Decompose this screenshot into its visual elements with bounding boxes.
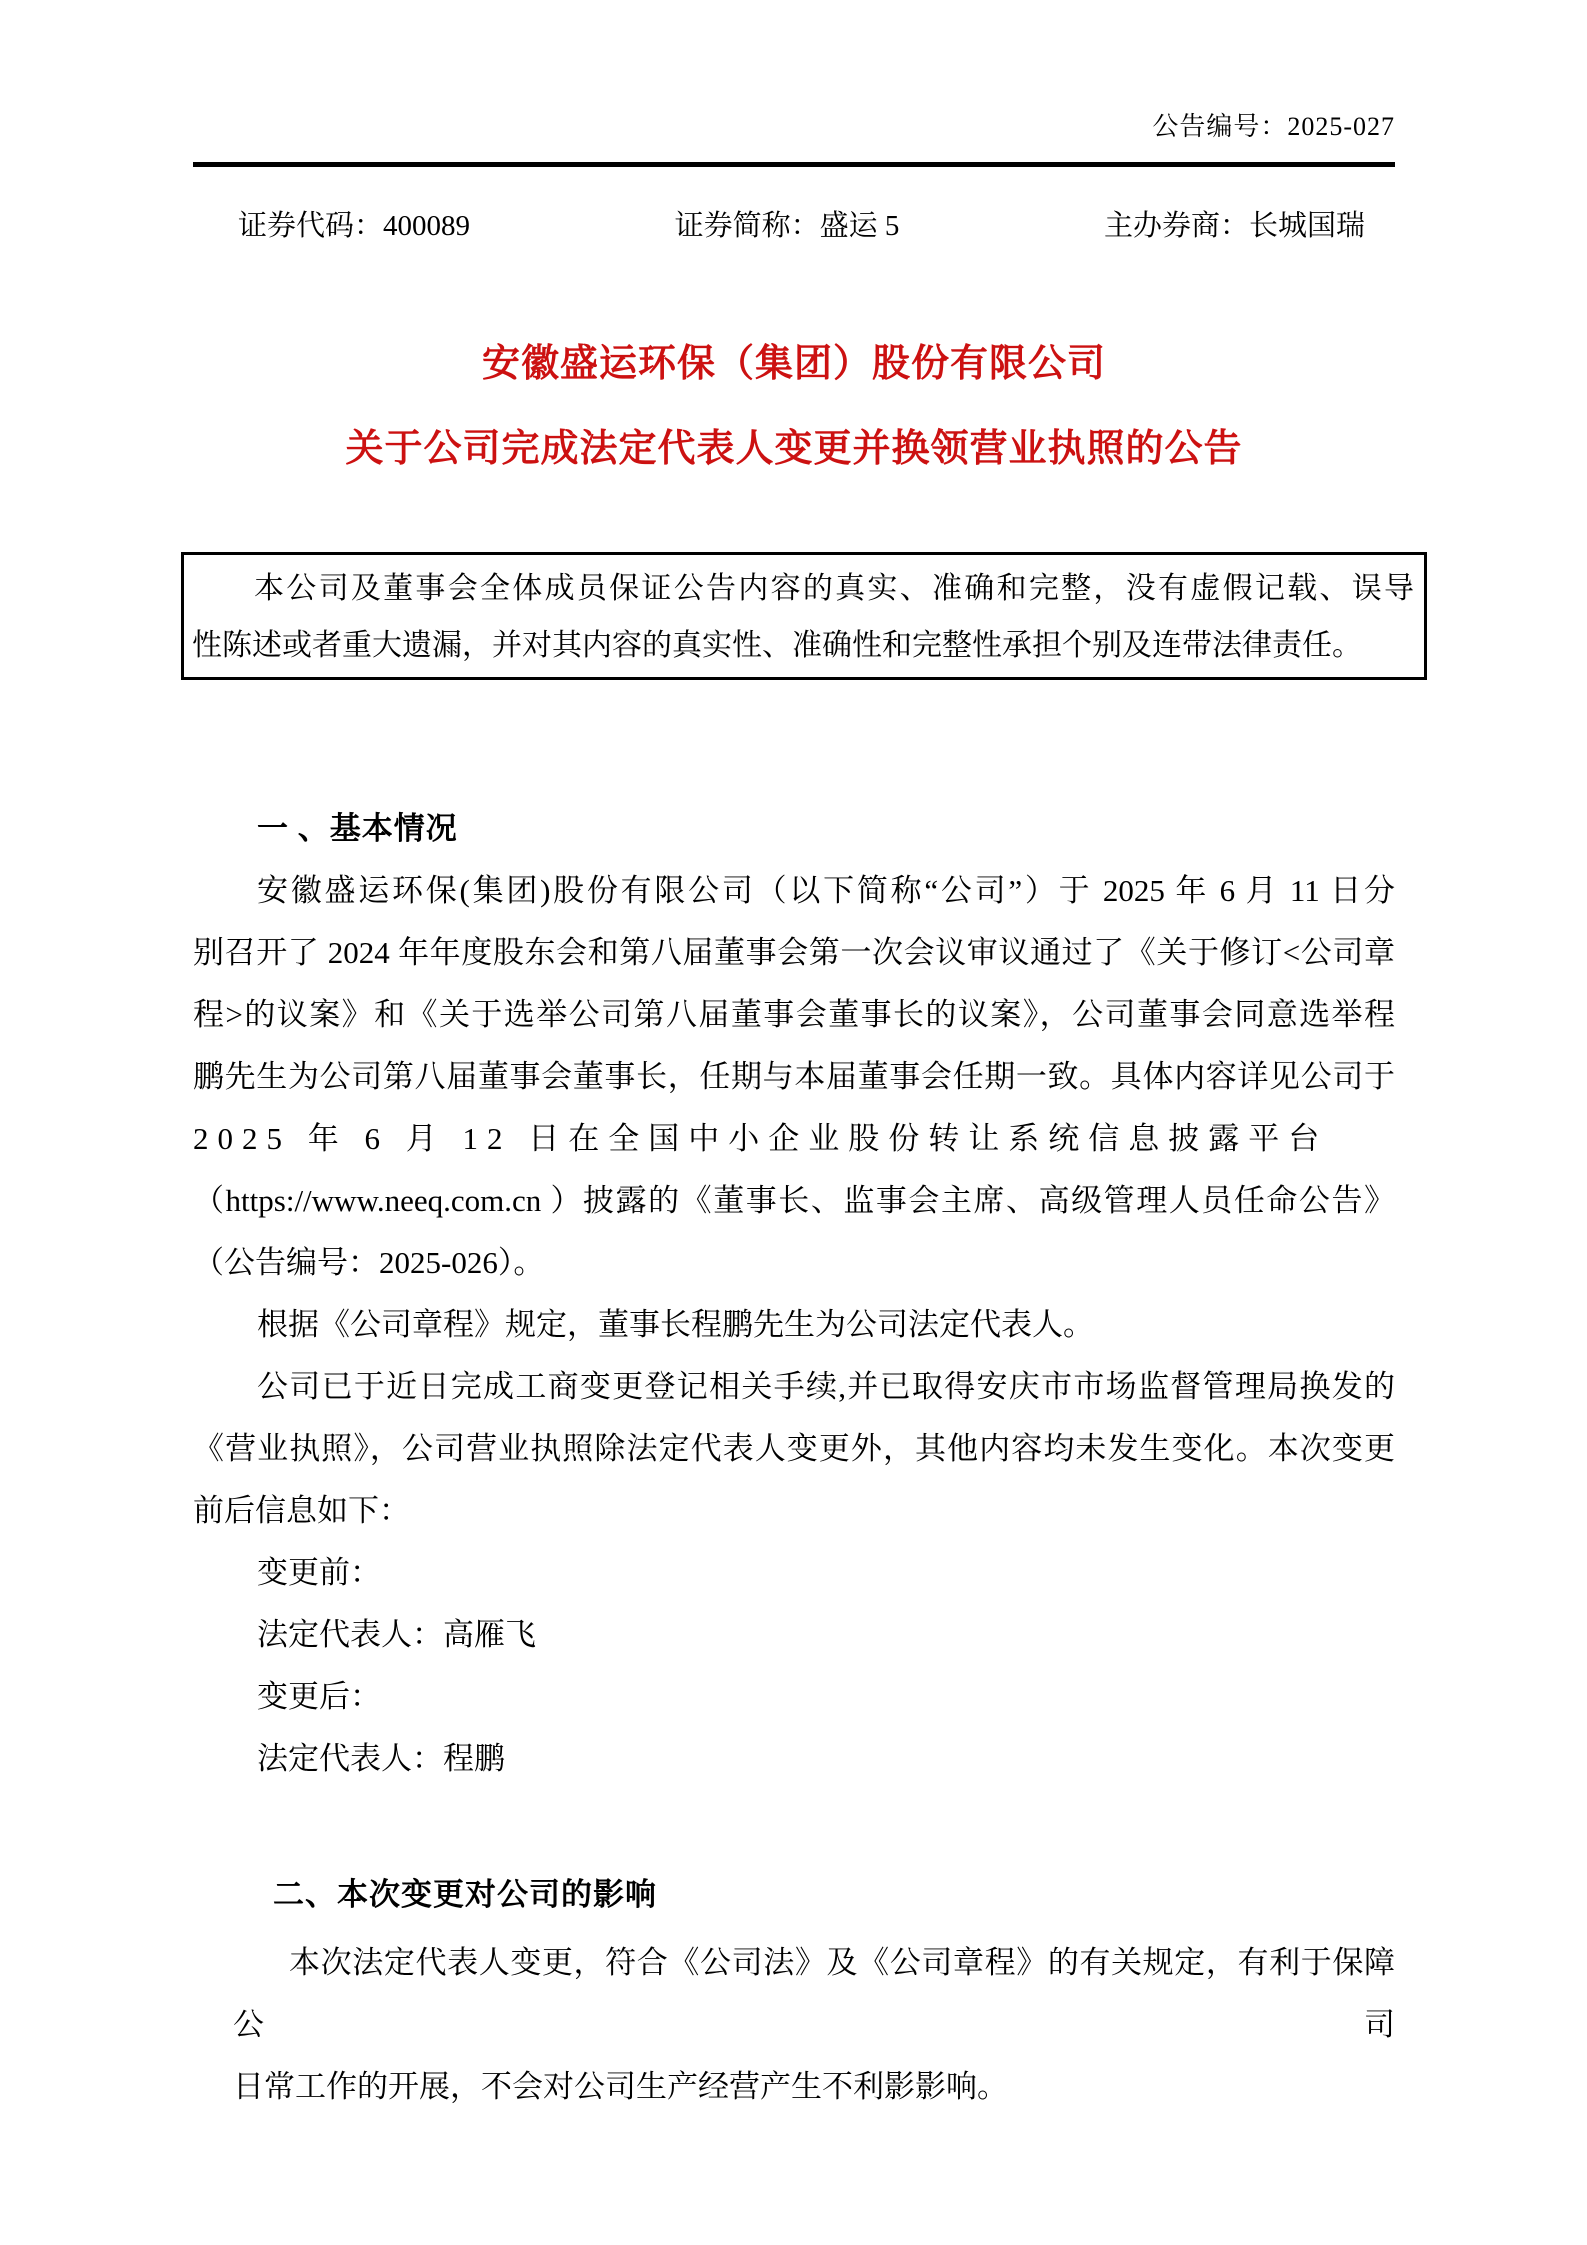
paragraph-line: （https://www.neeq.com.cn ）披露的《董事长、监事会主席、… <box>193 1170 1395 1232</box>
change-before-label: 变更前： <box>193 1542 1395 1604</box>
paragraph-line: 别召开了 2024 年年度股东会和第八届董事会第一次会议审议通过了《关于修订<公… <box>193 922 1395 984</box>
page-content: 公告编号：2025-027 证券代码：400089 证券简称：盛运 5 主办券商… <box>193 0 1395 2118</box>
paragraph-line: 2025 年 6 月 12 日在全国中小企业股份转让系统信息披露平台 <box>193 1108 1395 1170</box>
paragraph-line: 根据《公司章程》规定，董事长程鹏先生为公司法定代表人。 <box>193 1294 1395 1356</box>
announcement-page: 公告编号：2025-027 证券代码：400089 证券简称：盛运 5 主办券商… <box>0 0 1587 2245</box>
disclaimer-box: 本公司及董事会全体成员保证公告内容的真实、准确和完整，没有虚假记载、误导 性陈述… <box>181 552 1427 680</box>
disclaimer-line: 性陈述或者重大遗漏，并对其内容的真实性、准确性和完整性承担个别及连带法律责任。 <box>192 617 1414 674</box>
header-rule <box>193 162 1395 167</box>
section-2-paragraph: 本次法定代表人变更，符合《公司法》及《公司章程》的有关规定，有利于保障公司 日常… <box>233 1932 1395 2118</box>
sponsor-broker: 主办券商：长城国瑞 <box>1104 209 1365 243</box>
paragraph-line: 本次法定代表人变更，符合《公司法》及《公司章程》的有关规定，有利于保障公司 <box>233 1932 1395 2056</box>
section-2: 二、本次变更对公司的影响 本次法定代表人变更，符合《公司法》及《公司章程》的有关… <box>209 1864 1395 2118</box>
paragraph-line: 前后信息如下： <box>193 1480 1395 1542</box>
legal-rep-after: 法定代表人：程鹏 <box>193 1728 1395 1790</box>
change-after-label: 变更后： <box>193 1666 1395 1728</box>
announcement-title: 关于公司完成法定代表人变更并换领营业执照的公告 <box>193 426 1395 472</box>
notice-number: 公告编号：2025-027 <box>193 0 1395 142</box>
paragraph-line: 日常工作的开展，不会对公司生产经营产生不利影影响。 <box>233 2056 1395 2118</box>
company-title: 安徽盛运环保（集团）股份有限公司 <box>193 341 1395 387</box>
paragraph-line: 程>的议案》和《关于选举公司第八届董事会董事长的议案》，公司董事会同意选举程 <box>193 984 1395 1046</box>
paragraph-line: 安徽盛运环保(集团)股份有限公司（以下简称“公司”）于 2025 年 6 月 1… <box>193 860 1395 922</box>
section-2-heading: 二、本次变更对公司的影响 <box>209 1864 1395 1926</box>
paragraph-line: 公司已于近日完成工商变更登记相关手续,并已取得安庆市市场监督管理局换发的 <box>193 1356 1395 1418</box>
disclaimer-line: 本公司及董事会全体成员保证公告内容的真实、准确和完整，没有虚假记载、误导 <box>192 560 1414 617</box>
paragraph-line: 鹏先生为公司第八届董事会董事长，任期与本届董事会任期一致。具体内容详见公司于 <box>193 1046 1395 1108</box>
securities-code: 证券代码：400089 <box>238 209 470 243</box>
section-1-heading: 一 、基本情况 <box>193 798 1395 860</box>
securities-info-row: 证券代码：400089 证券简称：盛运 5 主办券商：长城国瑞 <box>193 209 1395 243</box>
securities-abbr: 证券简称：盛运 5 <box>675 209 900 243</box>
paragraph-line: （公告编号：2025-026）。 <box>193 1232 1395 1294</box>
legal-rep-before: 法定代表人：高雁飞 <box>193 1604 1395 1666</box>
paragraph-line: 《营业执照》，公司营业执照除法定代表人变更外，其他内容均未发生变化。本次变更 <box>193 1418 1395 1480</box>
